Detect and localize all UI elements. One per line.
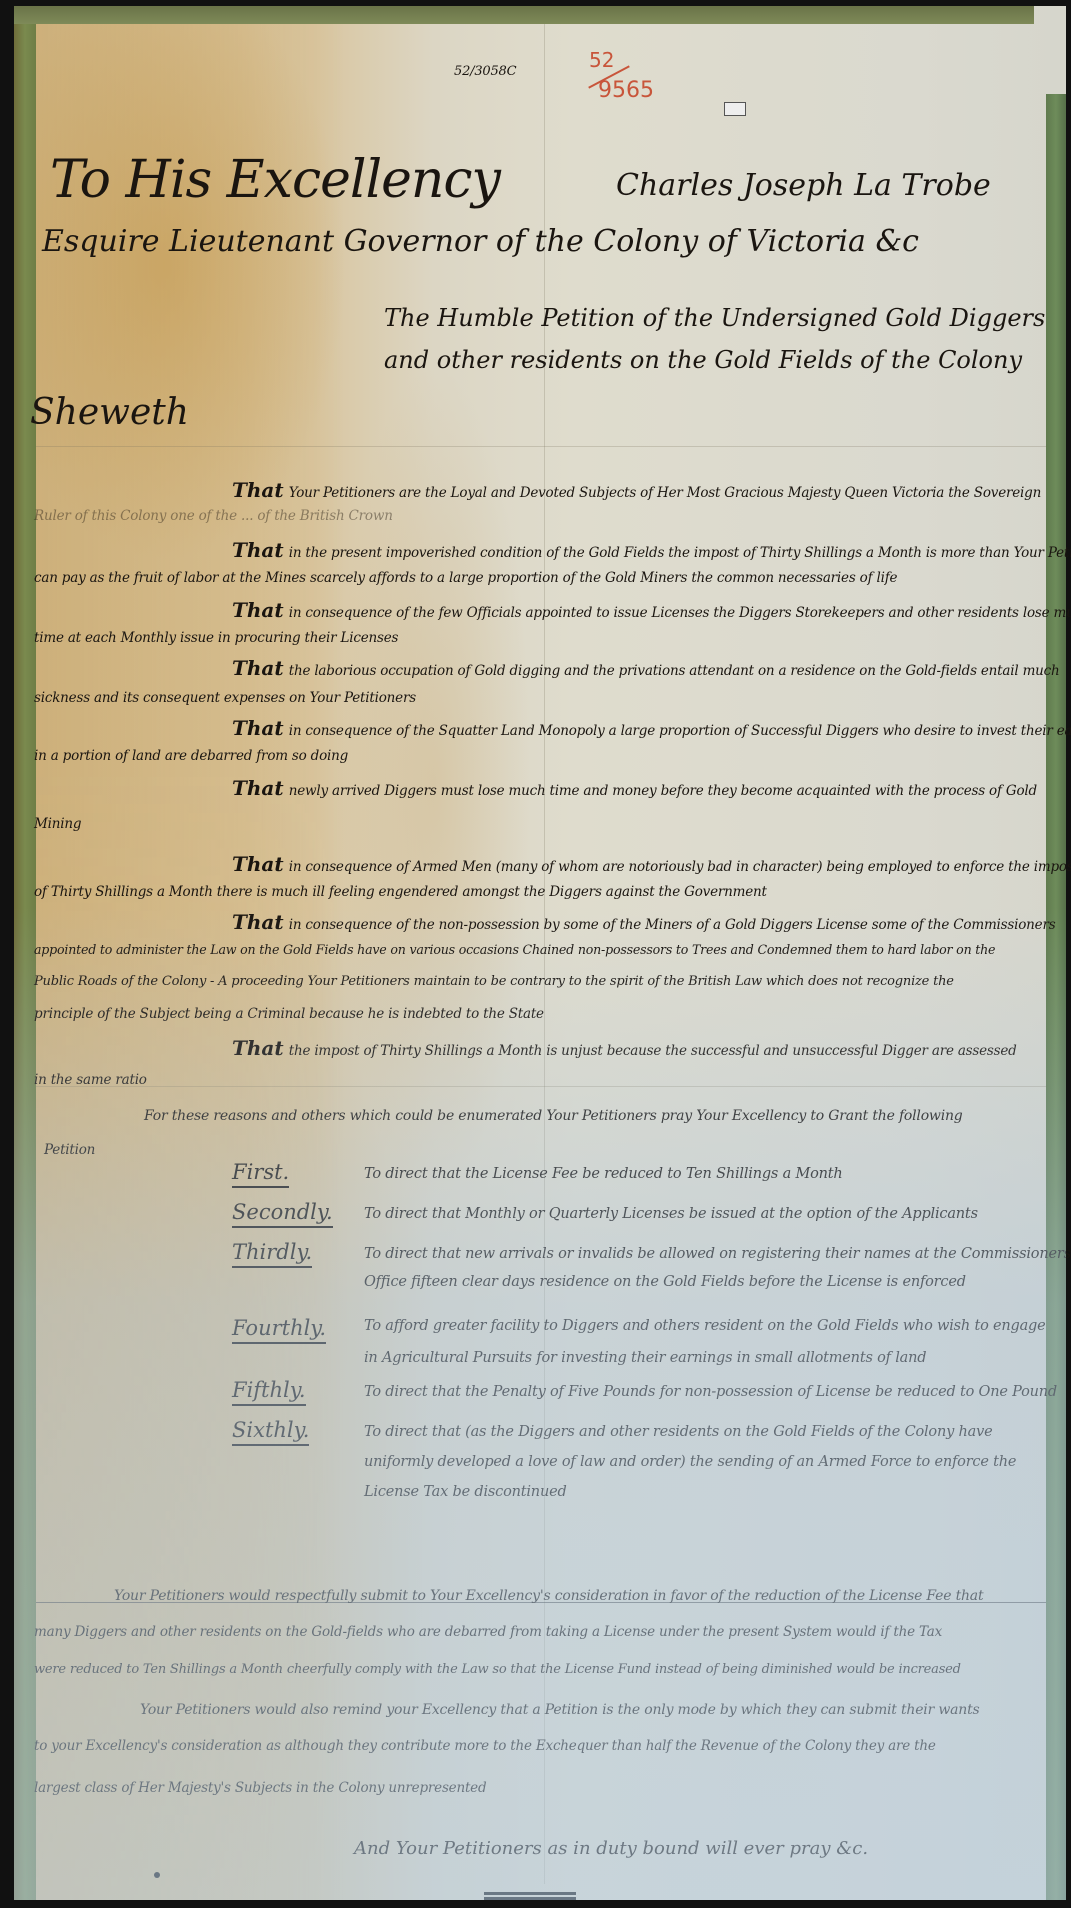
fold-line-horizontal xyxy=(36,1086,1046,1087)
request-text: To direct that the License Fee be reduce… xyxy=(364,1166,843,1182)
request-text: To direct that the Penalty of Five Pound… xyxy=(364,1384,1057,1400)
sheweth-heading: Sheweth xyxy=(30,392,189,433)
paragraph: That the impost of Thirty Shillings a Mo… xyxy=(232,1036,1017,1060)
archive-ref-red-top: 52 xyxy=(589,48,614,72)
prayer-intro-continuation: Petition xyxy=(44,1142,95,1158)
paragraph: That in consequence of Armed Men (many o… xyxy=(232,852,1071,876)
request-ordinal: Secondly. xyxy=(232,1200,333,1228)
paragraph-continuation: can pay as the fruit of labor at the Min… xyxy=(34,570,897,586)
paragraph-continuation: Public Roads of the Colony - A proceedin… xyxy=(34,974,954,989)
paragraph: That newly arrived Diggers must lose muc… xyxy=(232,776,1037,800)
paragraph: That in consequence of the few Officials… xyxy=(232,598,1071,622)
ink-dot xyxy=(154,1872,160,1878)
paragraph: That in the present impoverished conditi… xyxy=(232,538,1071,562)
petition-heading-line2: and other residents on the Gold Fields o… xyxy=(384,346,1022,374)
paragraph-continuation: Mining xyxy=(34,816,81,832)
double-rule-bottom xyxy=(484,1897,576,1900)
paragraph-continuation: in a portion of land are debarred from s… xyxy=(34,748,348,764)
request-ordinal: Fifthly. xyxy=(232,1378,306,1406)
closing-paragraph-continuation: were reduced to Ten Shillings a Month ch… xyxy=(34,1662,961,1677)
closing-paragraph-continuation: to your Excellency's consideration as al… xyxy=(34,1738,936,1754)
request-text: To direct that new arrivals or invalids … xyxy=(364,1246,1071,1262)
paragraph-continuation: sickness and its consequent expenses on … xyxy=(34,690,416,706)
address-title: To His Excellency xyxy=(50,150,500,210)
paragraph-continuation: in the same ratio xyxy=(34,1072,147,1088)
paragraph: That the laborious occupation of Gold di… xyxy=(232,656,1060,680)
paragraph-continuation: principle of the Subject being a Crimina… xyxy=(34,1006,544,1022)
cloth-border-right xyxy=(1046,94,1066,1900)
request-ordinal: Thirdly. xyxy=(232,1240,312,1268)
paragraph: That Your Petitioners are the Loyal and … xyxy=(232,478,1041,502)
request-text: License Tax be discontinued xyxy=(364,1484,567,1500)
address-name: Charles Joseph La Trobe xyxy=(616,168,991,203)
paragraph-continuation: of Thirty Shillings a Month there is muc… xyxy=(34,884,767,900)
request-ordinal: First. xyxy=(232,1160,289,1188)
archive-ref-red-bottom: 9565 xyxy=(598,78,654,103)
paragraph-continuation: time at each Monthly issue in procuring … xyxy=(34,630,398,646)
archive-ref-ink: 52/3058C xyxy=(454,64,516,79)
final-prayer-line: And Your Petitioners as in duty bound wi… xyxy=(354,1838,868,1859)
fold-line-horizontal xyxy=(36,446,1046,447)
request-text: Office fifteen clear days residence on t… xyxy=(364,1274,966,1290)
request-text: To afford greater facility to Diggers an… xyxy=(364,1318,1046,1334)
archive-stamp xyxy=(724,102,746,116)
request-text: To direct that (as the Diggers and other… xyxy=(364,1424,992,1440)
request-ordinal: Fourthly. xyxy=(232,1316,326,1344)
paragraph-continuation: Ruler of this Colony one of the ... of t… xyxy=(34,508,393,524)
paragraph: That in consequence of the non-possessio… xyxy=(232,910,1055,934)
cloth-border-left xyxy=(14,6,36,1900)
double-rule-top xyxy=(484,1892,576,1895)
request-text: in Agricultural Pursuits for investing t… xyxy=(364,1350,926,1366)
request-text: uniformly developed a love of law and or… xyxy=(364,1454,1016,1470)
petition-heading-line1: The Humble Petition of the Undersigned G… xyxy=(384,304,1045,332)
closing-paragraph-continuation: largest class of Her Majesty's Subjects … xyxy=(34,1780,486,1796)
address-office: Esquire Lieutenant Governor of the Colon… xyxy=(42,224,919,259)
closing-paragraph: Your Petitioners would also remind your … xyxy=(140,1702,979,1718)
paragraph: That in consequence of the Squatter Land… xyxy=(232,716,1071,740)
paragraph-continuation: appointed to administer the Law on the G… xyxy=(34,942,995,957)
closing-paragraph: Your Petitioners would respectfully subm… xyxy=(114,1588,983,1604)
closing-paragraph-continuation: many Diggers and other residents on the … xyxy=(34,1624,942,1640)
request-text: To direct that Monthly or Quarterly Lice… xyxy=(364,1206,978,1222)
request-ordinal: Sixthly. xyxy=(232,1418,309,1446)
paragraph-lead: That xyxy=(232,478,284,502)
prayer-intro: For these reasons and others which could… xyxy=(144,1108,963,1124)
cloth-border-top xyxy=(14,6,1034,24)
petition-sheet: 52/3058C 52 9565 To His Excellency Charl… xyxy=(14,6,1066,1900)
